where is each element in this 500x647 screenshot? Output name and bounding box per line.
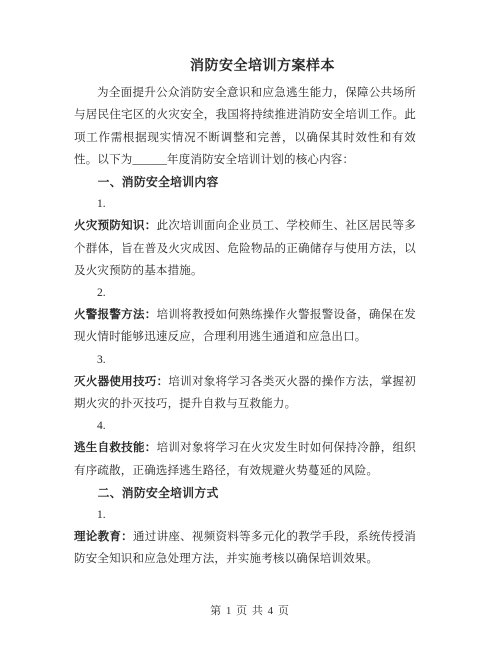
section-1-item-2-label: 火警报警方法： — [74, 309, 157, 321]
section-1-heading: 一、消防安全培训内容 — [74, 171, 416, 193]
section-1-item-4-number: 4. — [74, 415, 416, 437]
section-1-item-2-number: 2. — [74, 282, 416, 304]
section-2-item-1-paragraph: 理论教育：通过讲座、视频资料等多元化的教学手段，系统传授消防安全知识和应急处理方… — [74, 526, 416, 570]
section-1-item-1-label: 火灾预防知识： — [74, 220, 157, 232]
page-number-footer: 第 1 页 共 4 页 — [0, 600, 500, 622]
section-2-item-1-label: 理论教育： — [74, 531, 133, 543]
year-blank-field: ______ — [133, 154, 168, 166]
section-2-heading: 二、消防安全培训方式 — [74, 482, 416, 504]
section-1-item-4-label: 逃生自救技能： — [74, 442, 157, 454]
document-page: 消防安全培训方案样本 为全面提升公众消防安全意识和应急逃生能力，保障公共场所与居… — [0, 0, 500, 647]
section-1-item-4-paragraph: 逃生自救技能：培训对象将学习在火灾发生时如何保持冷静，组织有序疏散，正确选择逃生… — [74, 437, 416, 481]
section-1-item-2-paragraph: 火警报警方法：培训将教授如何熟练操作火警报警设备，确保在发现火情时能够迅速反应，… — [74, 304, 416, 348]
section-1-item-3-number: 3. — [74, 349, 416, 371]
document-content: 消防安全培训方案样本 为全面提升公众消防安全意识和应急逃生能力，保障公共场所与居… — [74, 56, 416, 571]
section-1-item-1-number: 1. — [74, 193, 416, 215]
section-2-item-1-number: 1. — [74, 504, 416, 526]
section-1-item-3-label: 灭火器使用技巧： — [74, 376, 168, 388]
intro-text-after-blank: 年度消防安全培训计划的核心内容： — [167, 154, 354, 166]
intro-paragraph: 为全面提升公众消防安全意识和应急逃生能力，保障公共场所与居民住宅区的火灾安全，我… — [74, 82, 416, 171]
document-title: 消防安全培训方案样本 — [74, 56, 416, 78]
section-1-item-3-paragraph: 灭火器使用技巧：培训对象将学习各类灭火器的操作方法，掌握初期火灾的扑灭技巧，提升… — [74, 371, 416, 415]
section-1-item-1-paragraph: 火灾预防知识：此次培训面向企业员工、学校师生、社区居民等多个群体，旨在普及火灾成… — [74, 215, 416, 282]
